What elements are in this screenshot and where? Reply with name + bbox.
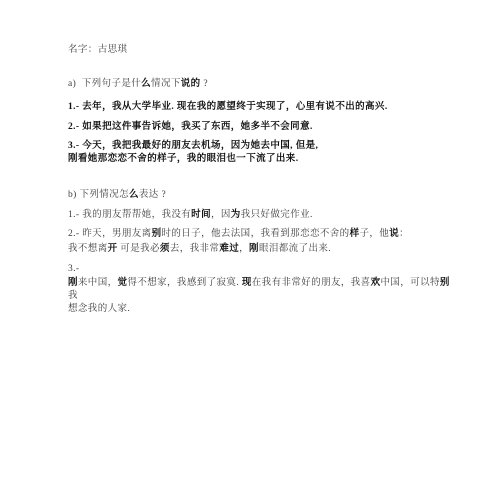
text-run: ? xyxy=(201,79,208,89)
text-run: 在我有非常好的朋友，我喜 xyxy=(252,278,371,288)
student-name-line: 名字：古思琪 xyxy=(68,44,455,57)
text-run: 我不想离 xyxy=(68,244,108,254)
text-run: 我 xyxy=(68,291,78,301)
text-run: 3.- xyxy=(68,264,80,274)
text-run: 难过 xyxy=(219,244,239,254)
section-b-item-2-cont: 我不想离开 可是我必须去，我非常难过，刚眼泪都流了出来. xyxy=(68,243,455,256)
text-run: 时间 xyxy=(191,210,211,220)
section-b-item-2: 2.- 昨天，男朋友离别时的日子，他去法国，我看到那恋恋不舍的样子，他说： xyxy=(68,228,455,241)
text-run: 可是我必 xyxy=(118,244,160,254)
text-run: 2.- 昨天，男朋友离 xyxy=(68,229,152,239)
text-run: 现 xyxy=(242,278,252,288)
text-run: 眼泪都流了出来. xyxy=(259,244,331,254)
text-run: 须 xyxy=(160,244,170,254)
text-run: b) 下列情况怎 xyxy=(68,190,129,200)
section-b-item-1: 1.- 我的朋友帮帮她，我没有时间，因为我只好做完作业. xyxy=(68,209,455,222)
text-run: ， xyxy=(239,244,249,254)
text-run: 中国，可以特 xyxy=(381,278,440,288)
text-run: ，因 xyxy=(211,210,231,220)
text-run: 为 xyxy=(231,210,241,220)
text-run: 么 xyxy=(129,190,139,200)
text-run: 觉 xyxy=(118,278,128,288)
text-run: 子，他 xyxy=(360,229,390,239)
text-run: 别 xyxy=(440,278,450,288)
section-b-item-3-cont: 想念我的人家. xyxy=(68,303,455,316)
text-run: 我只好做完作业. xyxy=(241,210,313,220)
text-run: 想念我的人家. xyxy=(68,304,130,314)
text-run: 别 xyxy=(152,229,162,239)
text-run: 时的日子，他去法国，我看到那恋恋不舍的 xyxy=(161,229,349,239)
section-a-item-3: 3.- 今天，我把我最好的朋友去机场，因为她去中国, 但是, xyxy=(68,140,455,153)
text-run: 欢 xyxy=(371,278,381,288)
text-run: a) 下列句子是什 xyxy=(68,79,141,89)
section-b-item-3-marker: 3.- xyxy=(68,263,455,276)
section-a-item-3-cont: 刚看她那恋恋不舍的样子，我的眼泪也一下流了出来. xyxy=(68,153,455,166)
text-run: 刚 xyxy=(68,278,78,288)
text-run: 3.- 今天，我把我最好的朋友去机场，因为她去中国, 但是, xyxy=(68,141,318,151)
section-b-item-3: 刚来中国，觉得不想家，我感到了寂寞. 现在我有非常好的朋友，我喜欢中国，可以特别… xyxy=(68,277,455,303)
text-run: 刚看她那恋恋不舍的样子，我的眼泪也一下流了出来. xyxy=(68,154,298,164)
text-run: 说的 xyxy=(181,79,201,89)
text-run: 说 xyxy=(389,229,399,239)
text-run: 1.- 我的朋友帮帮她，我没有 xyxy=(68,210,191,220)
text-run: 得不想家，我感到了寂寞. xyxy=(127,278,241,288)
text-run: 么 xyxy=(141,79,151,89)
text-run: 刚 xyxy=(249,244,259,254)
text-run: 开 xyxy=(108,244,118,254)
section-a-item-1: 1.- 去年，我从大学毕业. 现在我的愿望终于实现了，心里有说不出的高兴. xyxy=(68,101,455,114)
section-a-item-2: 2.- 如果把这件事告诉她，我买了东西，她多半不会同意. xyxy=(68,121,455,134)
text-run: 2.- 如果把这件事告诉她，我买了东西，她多半不会同意. xyxy=(68,122,313,132)
document-page: 名字：古思琪 a) 下列句子是什么情况下说的 ? 1.- 去年，我从大学毕业. … xyxy=(0,0,495,495)
text-run: 表达 ? xyxy=(139,190,166,200)
section-a-header: a) 下列句子是什么情况下说的 ? xyxy=(68,78,455,91)
text-run: 情况下 xyxy=(151,79,181,89)
text-run: 名字：古思琪 xyxy=(68,45,127,55)
text-run: 去，我非常 xyxy=(170,244,220,254)
text-run: 来中国， xyxy=(78,278,118,288)
section-b-header: b) 下列情况怎么表达 ? xyxy=(68,189,455,202)
text-run: ： xyxy=(399,229,409,239)
text-run: 1.- 去年，我从大学毕业. 现在我的愿望终于实现了，心里有说不出的高兴. xyxy=(68,102,388,112)
text-run: 样 xyxy=(350,229,360,239)
